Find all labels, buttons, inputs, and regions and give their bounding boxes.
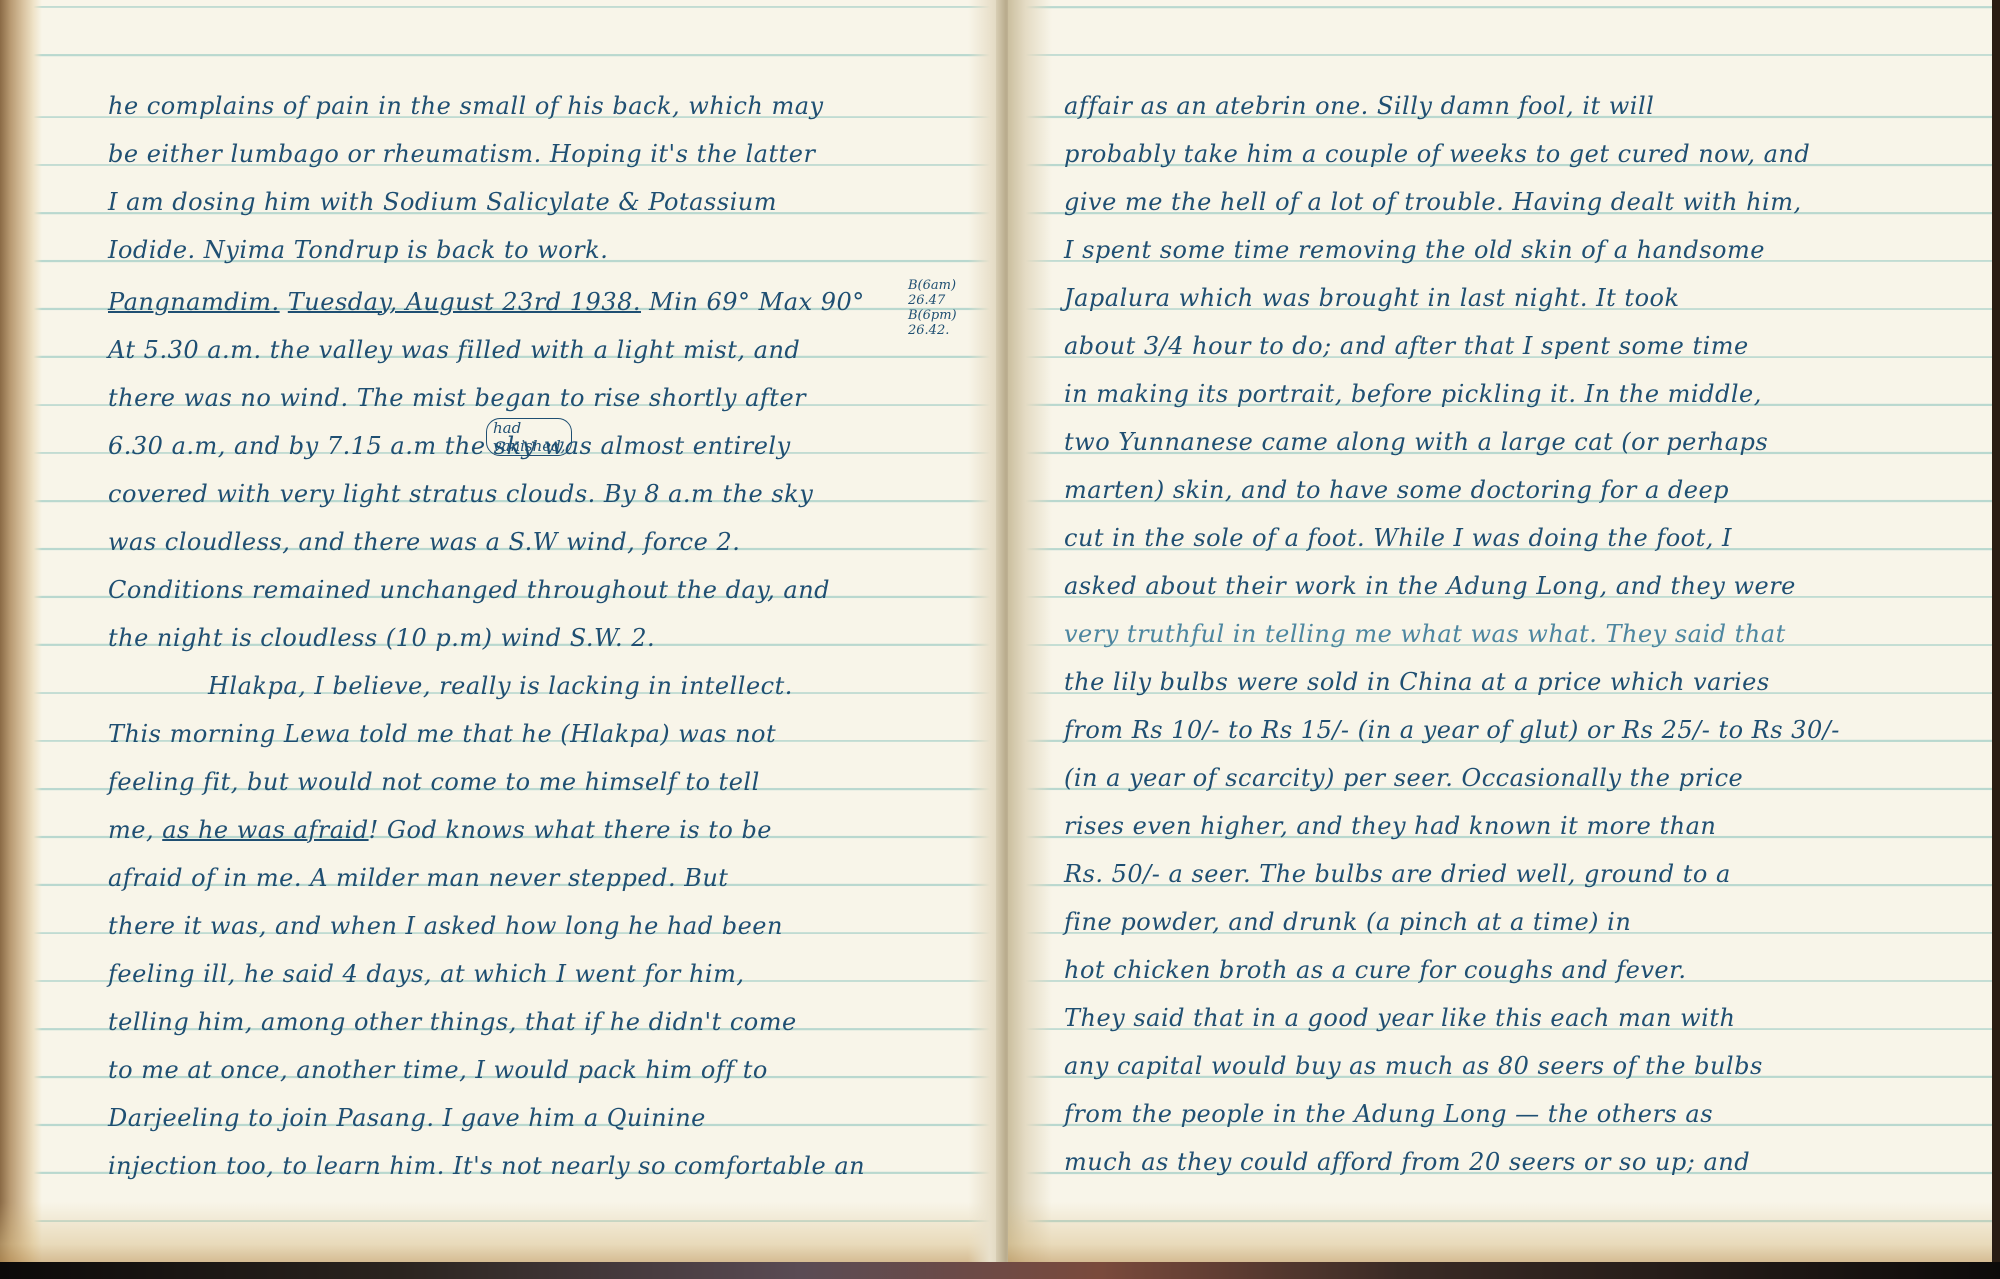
handwritten-line: asked about their work in the Adung Long… [1064,572,1796,600]
handwritten-line: he complains of pain in the small of his… [108,92,824,120]
page-stain [1008,1202,2000,1262]
handwritten-line: fine powder, and drunk (a pinch at a tim… [1064,908,1631,936]
handwritten-line: injection too, to learn him. It's not ne… [108,1152,865,1180]
handwritten-line: cut in the sole of a foot. While I was d… [1064,524,1732,552]
handwritten-line: Japalura which was brought in last night… [1064,284,1680,312]
notebook-spread: he complains of pain in the small of his… [0,0,2000,1262]
handwritten-line: At 5.30 a.m. the valley was filled with … [108,336,800,364]
handwritten-line: telling him, among other things, that if… [108,1008,797,1036]
handwritten-line: rises even higher, and they had known it… [1064,812,1716,840]
handwritten-line: Hlakpa, I believe, really is lacking in … [108,672,793,700]
handwritten-line: afraid of in me. A milder man never step… [108,864,728,892]
handwritten-line: Rs. 50/- a seer. The bulbs are dried wel… [1064,860,1731,888]
handwritten-line: marten) skin, and to have some doctoring… [1064,476,1729,504]
handwritten-line: two Yunnanese came along with a large ca… [1064,428,1768,456]
handwritten-line: 6.30 a.m, and by 7.15 a.m the sky was al… [108,432,791,460]
handwritten-line: feeling fit, but would not come to me hi… [108,768,760,796]
entry-date: Tuesday, August 23rd 1938. [288,288,641,316]
entry-place: Pangnamdim. [108,288,280,316]
entry-heading: Pangnamdim. Tuesday, August 23rd 1938. M… [108,288,865,316]
handwritten-line: They said that in a good year like this … [1064,1004,1735,1032]
handwritten-line: hot chicken broth as a cure for coughs a… [1064,956,1687,984]
handwritten-line: I spent some time removing the old skin … [1064,236,1765,264]
handwritten-line: feeling ill, he said 4 days, at which I … [108,960,744,988]
right-page: affair as an atebrin one. Silly damn foo… [1008,0,2000,1262]
handwritten-line: affair as an atebrin one. Silly damn foo… [1064,92,1654,120]
handwritten-line: there was no wind. The mist began to ris… [108,384,806,412]
handwritten-line: I am dosing him with Sodium Salicylate &… [108,188,777,216]
handwritten-line: covered with very light stratus clouds. … [108,480,813,508]
handwritten-line: (in a year of scarcity) per seer. Occasi… [1064,764,1743,792]
handwritten-line: give me the hell of a lot of trouble. Ha… [1064,188,1802,216]
handwritten-line: in making its portrait, before pickling … [1064,380,1762,408]
handwritten-line: probably take him a couple of weeks to g… [1064,140,1810,168]
handwritten-line: the night is cloudless (10 p.m) wind S.W… [108,624,655,652]
underlined-emphasis: as he was afraid [162,816,368,844]
handwritten-line: Iodide. Nyima Tondrup is back to work. [108,236,608,264]
handwritten-line: to me at once, another time, I would pac… [108,1056,768,1084]
handwritten-line: any capital would buy as much as 80 seer… [1064,1052,1763,1080]
handwritten-line: be either lumbago or rheumatism. Hoping … [108,140,815,168]
barometer-readings: B(6am) 26.47 B(6pm) 26.42. [908,278,957,338]
handwritten-line: the lily bulbs were sold in China at a p… [1064,668,1770,696]
handwritten-line: much as they could afford from 20 seers … [1064,1148,1750,1176]
handwritten-line: about 3/4 hour to do; and after that I s… [1064,332,1749,360]
handwritten-line: very truthful in telling me what was wha… [1064,620,1786,648]
handwritten-line: This morning Lewa told me that he (Hlakp… [108,720,776,748]
handwritten-line: was cloudless, and there was a S.W wind,… [108,528,740,556]
handwritten-line: from the people in the Adung Long — the … [1064,1100,1713,1128]
handwritten-line: from Rs 10/- to Rs 15/- (in a year of gl… [1064,716,1840,744]
min-temperature: Min 69° [649,288,750,316]
handwritten-line: Darjeeling to join Pasang. I gave him a … [108,1104,706,1132]
book-cover-edge [0,1262,2000,1279]
max-temperature: Max 90° [759,288,865,316]
barometer-pm: B(6pm) 26.42. [908,308,957,338]
handwritten-line: me, as he was afraid! God knows what the… [108,816,772,844]
page-stain [0,1202,1008,1262]
handwritten-line: Conditions remained unchanged throughout… [108,576,830,604]
barometer-am: B(6am) 26.47 [908,278,957,308]
handwritten-line: there it was, and when I asked how long … [108,912,783,940]
left-page: he complains of pain in the small of his… [0,0,1008,1262]
